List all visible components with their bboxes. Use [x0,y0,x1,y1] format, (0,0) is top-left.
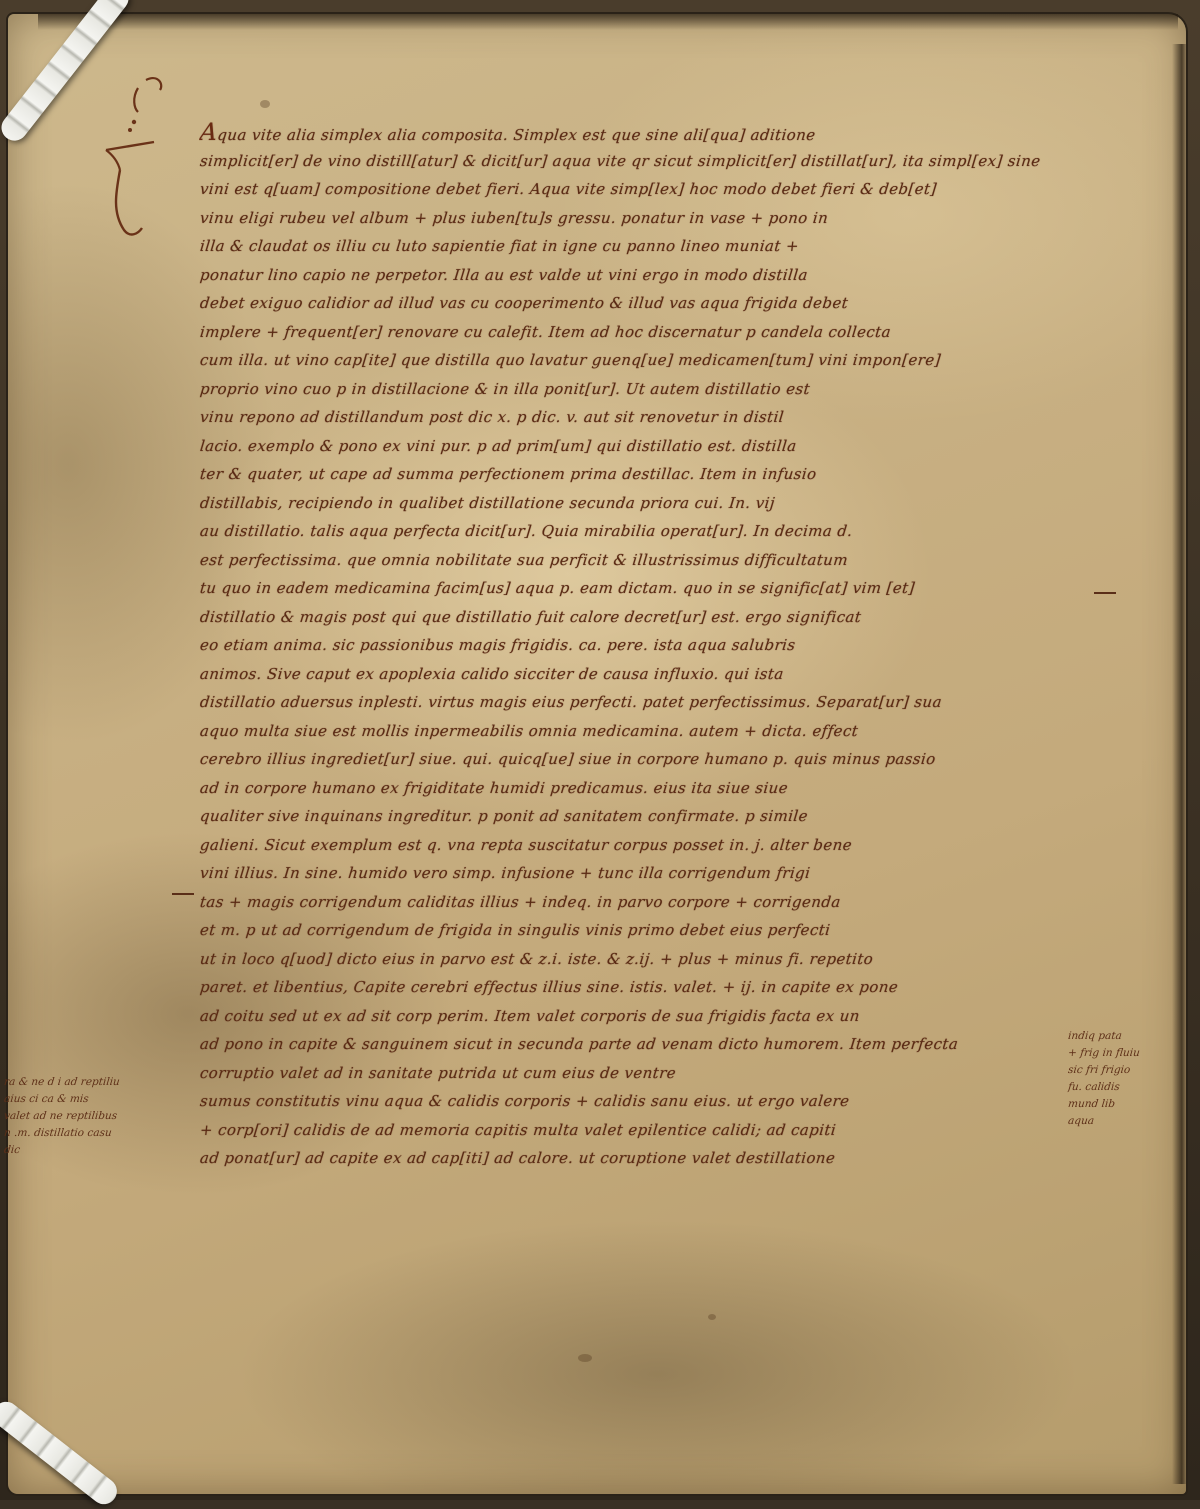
ink-stain [708,1314,716,1320]
text-line: + corp[ori] calidis de ad memoria capiti… [199,1116,1082,1145]
text-line: corruptio valet ad in sanitate putrida u… [199,1059,1082,1088]
text-line: implere + frequent[er] renovare cu calef… [199,318,1082,347]
text-line: Aqua vite alia simplex alia composita. S… [199,118,1082,147]
text-line: distillabis, recipiendo in qualibet dist… [199,489,1082,518]
marginal-note-line: ra & ne d i ad reptiliu [3,1074,210,1091]
text-line: ad coitu sed ut ex ad sit corp perim. It… [199,1002,1082,1031]
marginal-note-line: fu. calidis [1067,1079,1194,1096]
text-line: ponatur lino capio ne perpetor. Illa au … [199,261,1082,290]
text-line: proprio vino cuo p in distillacione & in… [199,375,1082,404]
ink-stain [260,100,270,108]
text-line: cum illa. ut vino cap[ite] que distilla … [199,346,1082,375]
text-line: vini est q[uam] compositione debet fieri… [199,175,1082,204]
leaf-right-edge [1172,44,1186,1484]
text-line: cerebro illius ingrediet[ur] siue. qui. … [199,745,1082,774]
text-line: distillatio aduersus inplesti. virtus ma… [199,688,1082,717]
marginal-note-line: sic fri frigio [1067,1062,1194,1079]
text-line: vini illius. In sine. humido vero simp. … [199,859,1082,888]
marginal-note-line: aqua [1067,1113,1194,1130]
text-line: vinu eligi rubeu vel album + plus iuben[… [199,204,1082,233]
text-line: paret. et libentius, Capite cerebri effe… [199,973,1082,1002]
marginal-note-line: mund lib [1067,1096,1194,1113]
marginal-note-line: dic [3,1142,210,1159]
text-line: animos. Sive caput ex apoplexia calido s… [199,660,1082,689]
text-line: ter & quater, ut cape ad summa perfectio… [199,460,1082,489]
marginal-note-line: n .m. distillatio casu [3,1125,210,1142]
text-line: ad pono in capite & sanguinem sicut in s… [199,1030,1082,1059]
ink-stain [578,1354,592,1362]
text-line: simplicit[er] de vino distill[atur] & di… [199,147,1082,176]
marginal-note-line: valet ad ne reptilibus [3,1108,210,1125]
text-line: debet exiguo calidior ad illud vas cu co… [199,289,1082,318]
text-line: ad in corpore humano ex frigiditate humi… [199,774,1082,803]
right-marginal-note: indiq pata + frig in fluiu sic fri frigi… [1068,1028,1193,1130]
marginal-flourish [98,72,168,242]
leaf-top-edge [38,14,1178,30]
left-marginal-note: ra & ne d i ad reptiliu aius ci ca & mis… [4,1074,209,1159]
text-line: lacio. exemplo & pono ex vini pur. p ad … [199,432,1082,461]
text-line: et m. p ut ad corrigendum de frigida in … [199,916,1082,945]
main-text-block: Aqua vite alia simplex alia composita. S… [200,118,1080,1173]
text-line: au distillatio. talis aqua perfecta dici… [199,517,1082,546]
text-line: vinu repono ad distillandum post dic x. … [199,403,1082,432]
text-line: eo etiam anima. sic passionibus magis fr… [199,631,1082,660]
marginal-note-line: indiq pata [1067,1028,1194,1045]
text-line: qualiter sive inquinans ingreditur. p po… [199,802,1082,831]
text-line: est perfectissima. que omnia nobilitate … [199,546,1082,575]
marginal-note-line: aius ci ca & mis [3,1091,210,1108]
text-line: sumus constitutis vinu aqua & calidis co… [199,1087,1082,1116]
text-line: tu quo in eadem medicamina facim[us] aqu… [199,574,1082,603]
text-line: tas + magis corrigendum caliditas illius… [199,888,1082,917]
text-line: illa & claudat os illiu cu luto sapienti… [199,232,1082,261]
text-line: aquo multa siue est mollis inpermeabilis… [199,717,1082,746]
text-line: ad ponat[ur] ad capite ex ad cap[iti] ad… [199,1144,1082,1173]
text-line: galieni. Sicut exemplum est q. vna repta… [199,831,1082,860]
marginal-note-line: + frig in fluiu [1067,1045,1194,1062]
margin-dash-mark [1094,592,1116,594]
text-line: distillatio & magis post qui que distill… [199,603,1082,632]
text-line: ut in loco q[uod] dicto eius in parvo es… [199,945,1082,974]
margin-dash-mark [172,893,194,895]
